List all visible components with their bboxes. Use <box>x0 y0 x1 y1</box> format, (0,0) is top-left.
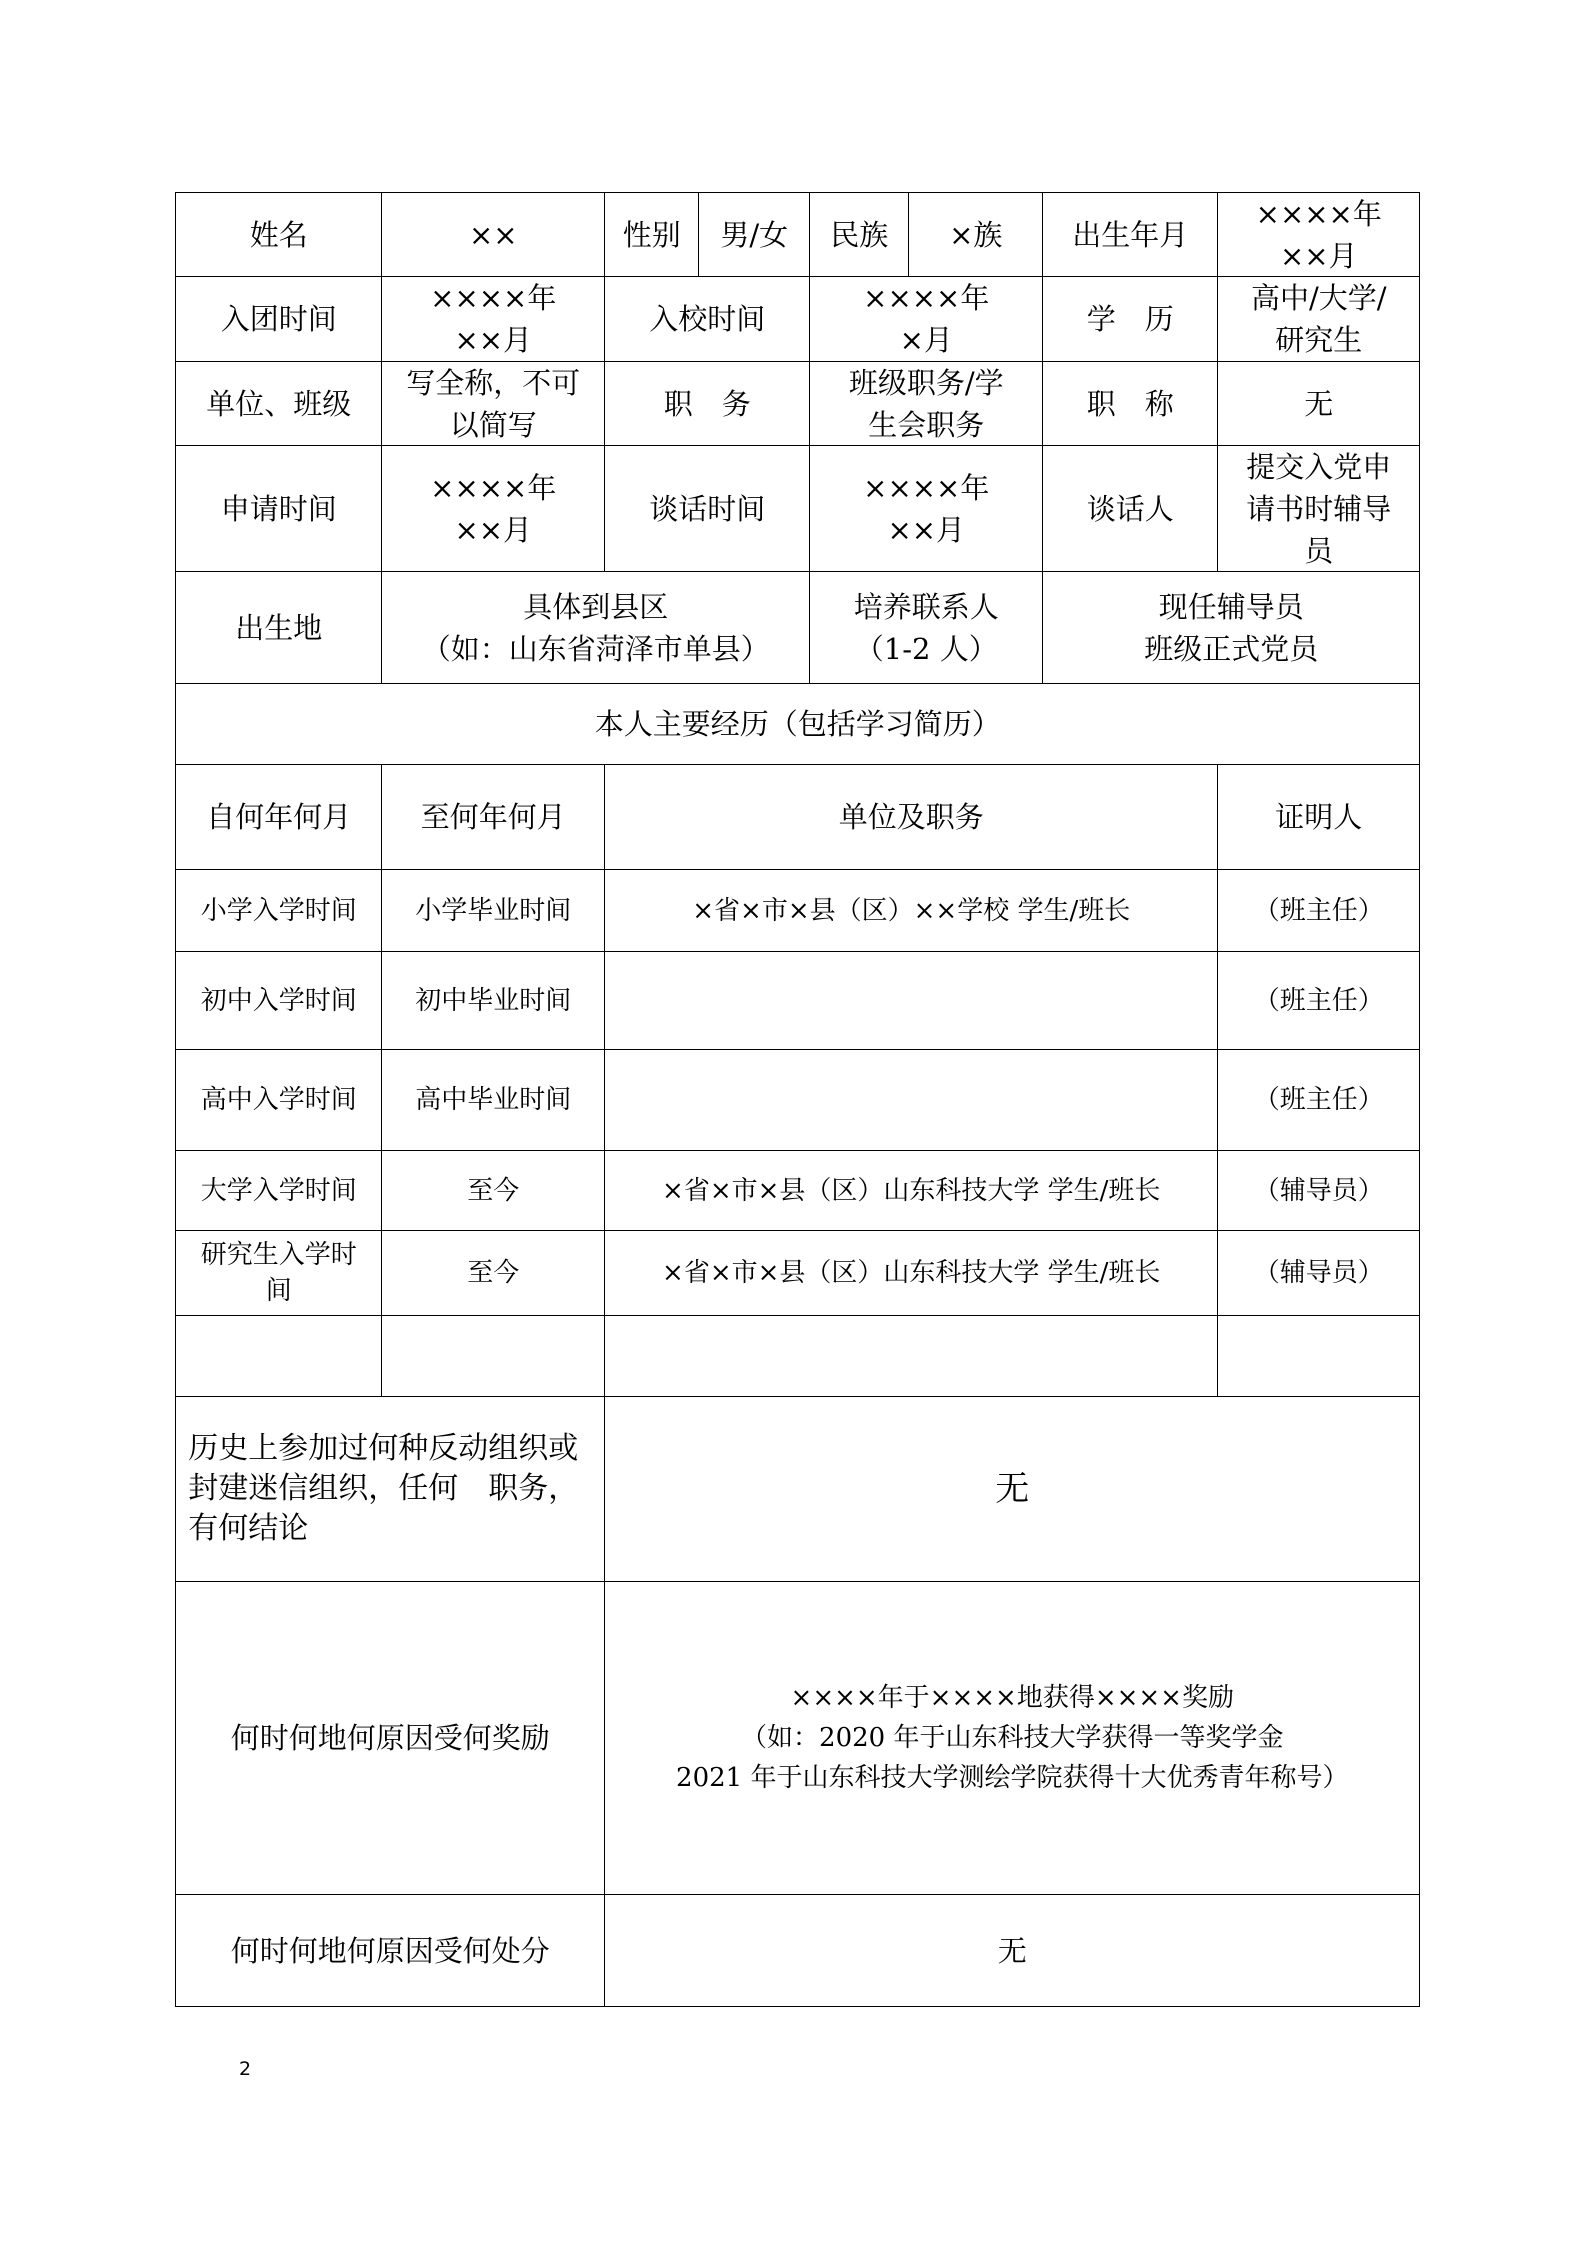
reactionary-label-cell: 历史上参加过何种反动组织或封建迷信组织，任何 职务，有何结论 <box>175 1396 605 1582</box>
talker-value-cell[interactable]: 提交入党申 请书时辅导 员 <box>1217 445 1420 572</box>
title-value-cell[interactable]: 无 <box>1217 361 1420 446</box>
experience-header-to: 至何年何月 <box>381 764 605 870</box>
row-to-text: 至今 <box>467 1173 519 1209</box>
position-label-cell: 职 务 <box>604 361 810 446</box>
row-from-text: 高中入学时间 <box>201 1082 357 1118</box>
awards-value: ××××年于××××地获得××××奖励 （如：2020 年于山东科技大学获得一等… <box>676 1678 1348 1798</box>
experience-row-5-from[interactable] <box>175 1315 382 1397</box>
education-label: 学 历 <box>1087 298 1174 340</box>
school-entry-value: ××××年 ×月 <box>863 277 989 361</box>
experience-row-2-to[interactable]: 高中毕业时间 <box>381 1049 605 1151</box>
experience-header-from: 自何年何月 <box>175 764 382 870</box>
experience-row-0-from[interactable]: 小学入学时间 <box>175 869 382 952</box>
row-from-text: 研究生入学时 间 <box>201 1237 357 1309</box>
awards-label-cell: 何时何地何原因受何奖励 <box>175 1581 605 1895</box>
experience-row-2-from[interactable]: 高中入学时间 <box>175 1049 382 1151</box>
experience-row-1-witness[interactable]: （班主任） <box>1217 951 1420 1050</box>
name-label: 姓名 <box>250 214 308 256</box>
birth-label: 出生年月 <box>1072 214 1188 256</box>
birthplace-label: 出生地 <box>235 607 322 649</box>
row-to-text: 小学毕业时间 <box>415 893 571 929</box>
gender-label-cell: 性别 <box>604 192 699 277</box>
experience-row-5-unit[interactable] <box>604 1315 1218 1397</box>
experience-row-4-witness[interactable]: （辅导员） <box>1217 1230 1420 1316</box>
talk-time-label-cell: 谈话时间 <box>604 445 810 572</box>
experience-section-title: 本人主要经历（包括学习简历） <box>595 703 1001 745</box>
contact-label-cell: 培养联系人 （1-2 人） <box>809 571 1043 684</box>
ethnicity-value: ×族 <box>949 214 1002 256</box>
awards-label: 何时何地何原因受何奖励 <box>231 1717 550 1759</box>
reactionary-value-cell[interactable]: 无 <box>604 1396 1420 1582</box>
unit-class-label: 单位、班级 <box>206 383 351 425</box>
name-label-cell: 姓名 <box>175 192 382 277</box>
school-entry-label-cell: 入校时间 <box>604 276 810 362</box>
row-witness-text: （班主任） <box>1254 1082 1384 1118</box>
school-entry-label: 入校时间 <box>649 298 765 340</box>
birth-value: ××××年 ××月 <box>1256 193 1382 277</box>
education-label-cell: 学 历 <box>1042 276 1218 362</box>
contact-value-cell[interactable]: 现任辅导员 班级正式党员 <box>1042 571 1420 684</box>
header-from-label: 自何年何月 <box>206 796 351 838</box>
position-value: 班级职务/学 生会职务 <box>849 362 1004 446</box>
league-join-label-cell: 入团时间 <box>175 276 382 362</box>
reactionary-label: 历史上参加过何种反动组织或封建迷信组织，任何 职务，有何结论 <box>188 1429 590 1549</box>
experience-row-0-witness[interactable]: （班主任） <box>1217 869 1420 952</box>
experience-row-3-unit[interactable]: ×省×市×县（区）山东科技大学 学生/班长 <box>604 1150 1218 1231</box>
experience-row-4-to[interactable]: 至今 <box>381 1230 605 1316</box>
talker-label-cell: 谈话人 <box>1042 445 1218 572</box>
punishment-label: 何时何地何原因受何处分 <box>231 1930 550 1972</box>
apply-time-label: 申请时间 <box>221 488 337 530</box>
contact-value: 现任辅导员 班级正式党员 <box>1144 586 1318 670</box>
gender-label: 性别 <box>623 214 681 256</box>
experience-row-2-witness[interactable]: （班主任） <box>1217 1049 1420 1151</box>
experience-header-unit: 单位及职务 <box>604 764 1218 870</box>
row-witness-text: （班主任） <box>1254 893 1384 929</box>
birthplace-label-cell: 出生地 <box>175 571 382 684</box>
row-witness-text: （班主任） <box>1254 983 1384 1019</box>
education-value: 高中/大学/ 研究生 <box>1251 277 1387 361</box>
awards-value-cell[interactable]: ××××年于××××地获得××××奖励 （如：2020 年于山东科技大学获得一等… <box>604 1581 1420 1895</box>
ethnicity-value-cell[interactable]: ×族 <box>908 192 1043 277</box>
row-to-text: 初中毕业时间 <box>415 983 571 1019</box>
unit-class-value: 写全称，不可 以简写 <box>406 362 580 446</box>
birthplace-value: 具体到县区 （如：山东省菏泽市单县） <box>422 586 770 670</box>
experience-section-title-cell: 本人主要经历（包括学习简历） <box>175 683 1420 765</box>
league-join-label: 入团时间 <box>221 298 337 340</box>
unit-class-value-cell[interactable]: 写全称，不可 以简写 <box>381 361 605 446</box>
reactionary-value: 无 <box>995 1468 1029 1510</box>
birth-label-cell: 出生年月 <box>1042 192 1218 277</box>
row-unit-text: ×省×市×县（区）山东科技大学 学生/班长 <box>662 1255 1160 1291</box>
talk-time-value-cell[interactable]: ××××年 ××月 <box>809 445 1043 572</box>
row-unit-text: ×省×市×县（区）山东科技大学 学生/班长 <box>662 1173 1160 1209</box>
league-join-value: ××××年 ××月 <box>430 277 556 361</box>
education-value-cell[interactable]: 高中/大学/ 研究生 <box>1217 276 1420 362</box>
school-entry-value-cell[interactable]: ××××年 ×月 <box>809 276 1043 362</box>
apply-time-label-cell: 申请时间 <box>175 445 382 572</box>
row-to-text: 高中毕业时间 <box>415 1082 571 1118</box>
row-witness-text: （辅导员） <box>1254 1173 1384 1209</box>
row-unit-text: ×省×市×县（区）××学校 学生/班长 <box>692 893 1130 929</box>
row-to-text: 至今 <box>467 1255 519 1291</box>
experience-row-0-unit[interactable]: ×省×市×县（区）××学校 学生/班长 <box>604 869 1218 952</box>
experience-header-witness: 证明人 <box>1217 764 1420 870</box>
experience-row-5-to[interactable] <box>381 1315 605 1397</box>
punishment-value: 无 <box>998 1930 1027 1972</box>
experience-row-4-from[interactable]: 研究生入学时 间 <box>175 1230 382 1316</box>
gender-value: 男/女 <box>720 214 788 256</box>
talk-time-label: 谈话时间 <box>649 488 765 530</box>
talker-value: 提交入党申 请书时辅导 员 <box>1246 446 1391 572</box>
row-from-text: 初中入学时间 <box>201 983 357 1019</box>
birthplace-value-cell[interactable]: 具体到县区 （如：山东省菏泽市单县） <box>381 571 810 684</box>
league-join-value-cell[interactable]: ××××年 ××月 <box>381 276 605 362</box>
title-label-cell: 职 称 <box>1042 361 1218 446</box>
contact-label: 培养联系人 （1-2 人） <box>854 586 999 670</box>
experience-row-3-to[interactable]: 至今 <box>381 1150 605 1231</box>
talk-time-value: ××××年 ××月 <box>863 467 989 551</box>
experience-row-3-from[interactable]: 大学入学时间 <box>175 1150 382 1231</box>
experience-row-1-unit[interactable] <box>604 951 1218 1050</box>
ethnicity-label-cell: 民族 <box>809 192 909 277</box>
talker-label: 谈话人 <box>1087 488 1174 530</box>
punishment-value-cell[interactable]: 无 <box>604 1894 1420 2007</box>
experience-row-3-witness[interactable]: （辅导员） <box>1217 1150 1420 1231</box>
name-value: ×× <box>469 214 518 256</box>
position-value-cell[interactable]: 班级职务/学 生会职务 <box>809 361 1043 446</box>
apply-time-value-cell[interactable]: ××××年 ××月 <box>381 445 605 572</box>
title-label: 职 称 <box>1087 383 1174 425</box>
experience-row-4-unit[interactable]: ×省×市×县（区）山东科技大学 学生/班长 <box>604 1230 1218 1316</box>
birth-value-cell[interactable]: ××××年 ××月 <box>1217 192 1420 277</box>
name-value-cell[interactable]: ×× <box>381 192 605 277</box>
header-unit-label: 单位及职务 <box>839 796 984 838</box>
position-label: 职 务 <box>664 383 751 425</box>
ethnicity-label: 民族 <box>830 214 888 256</box>
header-to-label: 至何年何月 <box>421 796 566 838</box>
unit-class-label-cell: 单位、班级 <box>175 361 382 446</box>
row-from-text: 大学入学时间 <box>201 1173 357 1209</box>
experience-row-2-unit[interactable] <box>604 1049 1218 1151</box>
gender-value-cell[interactable]: 男/女 <box>698 192 810 277</box>
title-value: 无 <box>1304 383 1333 425</box>
experience-row-0-to[interactable]: 小学毕业时间 <box>381 869 605 952</box>
experience-row-1-from[interactable]: 初中入学时间 <box>175 951 382 1050</box>
experience-row-1-to[interactable]: 初中毕业时间 <box>381 951 605 1050</box>
apply-time-value: ××××年 ××月 <box>430 467 556 551</box>
page-number: 2 <box>239 2058 251 2080</box>
experience-row-5-witness[interactable] <box>1217 1315 1420 1397</box>
header-witness-label: 证明人 <box>1275 796 1362 838</box>
row-from-text: 小学入学时间 <box>201 893 357 929</box>
punishment-label-cell: 何时何地何原因受何处分 <box>175 1894 605 2007</box>
row-witness-text: （辅导员） <box>1254 1255 1384 1291</box>
